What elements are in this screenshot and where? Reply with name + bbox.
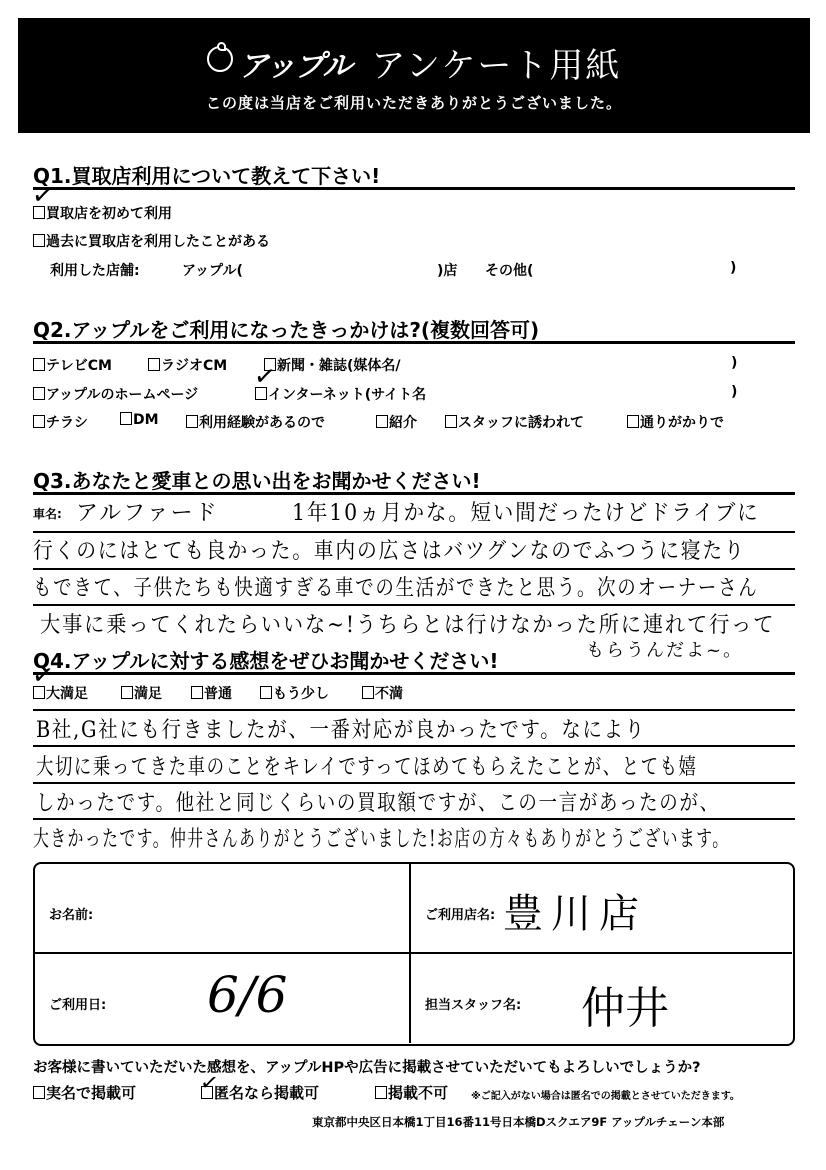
checkbox[interactable]: ✓ xyxy=(201,1086,213,1099)
q3-answer-line-5[interactable]: もらうんだよ~。 xyxy=(586,636,743,662)
header-subtitle: この度は当店をご利用いただきありがとうございました。 xyxy=(18,92,810,113)
q3-answer-line-4[interactable]: 大事に乗ってくれたらいいな~!うちらとは行けなかった所に連れて行って xyxy=(40,608,775,639)
checkbox[interactable] xyxy=(627,415,639,428)
q3-answer-line-1[interactable]: 1年10ヵ月かな。短い間だったけどドライブに xyxy=(292,496,759,527)
q2-option-newspaper[interactable]: 新聞・雑誌(媒体名/ xyxy=(264,355,401,375)
checkbox[interactable] xyxy=(260,686,272,699)
q2-option-staff-invited[interactable]: スタッフに誘われて xyxy=(445,412,584,432)
q4-option-satisfied[interactable]: 満足 xyxy=(121,683,162,703)
q1-rule xyxy=(33,187,795,190)
checkbox[interactable] xyxy=(148,358,160,371)
publish-option-real-name[interactable]: 実名で掲載可 xyxy=(33,1082,136,1103)
q1-option-first-time[interactable]: ✓買取店を初めて利用 xyxy=(33,203,172,223)
checkmark-icon: ✓ xyxy=(252,363,277,392)
q2-option-tv-cm[interactable]: テレビCM xyxy=(33,355,112,375)
footer-address: 東京都中央区日本橋1丁目16番11号日本橋Dスクエア9F アップルチェーン本部 xyxy=(312,1114,724,1130)
name-cell[interactable]: お名前: xyxy=(35,864,411,954)
checkbox[interactable] xyxy=(120,412,132,425)
q2-option-passing-by[interactable]: 通りがかりで xyxy=(627,412,724,432)
q2-option-internet[interactable]: ✓インターネット(サイト名 xyxy=(255,384,426,404)
checkmark-icon: ✓ xyxy=(30,662,55,691)
staff-cell[interactable]: 担当スタッフ名: 仲井 xyxy=(411,954,792,1043)
q2-option-flyer[interactable]: チラシ xyxy=(33,412,88,432)
checkbox[interactable] xyxy=(445,415,457,428)
checkbox[interactable] xyxy=(186,415,198,428)
q2-newspaper-suffix: ) xyxy=(731,355,737,371)
q3-line-rule xyxy=(33,531,795,533)
brand-logo: アップル xyxy=(239,49,352,84)
checkbox[interactable] xyxy=(121,686,133,699)
q1-option-used-before[interactable]: 過去に買取店を利用したことがある xyxy=(33,231,270,251)
car-name-value[interactable]: アルファード xyxy=(76,496,219,527)
store-label: ご利用店名: xyxy=(425,904,495,923)
q4-option-dissatisfied[interactable]: 不満 xyxy=(362,683,403,703)
q4-option-neutral[interactable]: 普通 xyxy=(191,683,232,703)
date-label: ご利用日: xyxy=(49,994,106,1013)
publish-option-anonymous[interactable]: ✓匿名なら掲載可 xyxy=(201,1082,319,1103)
q2-option-homepage[interactable]: アップルのホームページ xyxy=(33,384,198,404)
q1-apple-prefix: アップル( xyxy=(182,260,243,280)
q3-line-rule xyxy=(33,568,795,570)
checkbox[interactable] xyxy=(362,686,374,699)
q2-internet-suffix: ) xyxy=(731,384,737,400)
q4-line-rule xyxy=(33,709,795,711)
checkbox[interactable] xyxy=(375,1086,387,1099)
car-name-label: 車名: xyxy=(33,505,62,522)
q4-answer-line-4[interactable]: 大きかったです。仲井さんありがとうございました!お店の方々もありがとうございます… xyxy=(33,822,729,853)
q3-title: Q3.あなたと愛車との思い出をお聞かせください! xyxy=(33,465,481,494)
checkbox[interactable] xyxy=(33,415,45,428)
checkbox[interactable] xyxy=(33,1086,45,1099)
staff-value[interactable]: 仲井 xyxy=(581,972,669,1036)
checkbox[interactable] xyxy=(33,358,45,371)
checkbox[interactable]: ✓ xyxy=(33,206,45,219)
customer-info-box: お名前: ご利用店名: 豊川店 ご利用日: 6/6 担当スタッフ名: 仲井 xyxy=(33,862,795,1046)
q4-rule xyxy=(33,672,795,675)
q3-answer-line-3[interactable]: もできて、子供たちも快適すぎる車での生活ができたと思う。次のオーナーさん xyxy=(33,571,758,602)
q1-other-suffix: ) xyxy=(730,260,736,276)
checkbox[interactable] xyxy=(33,387,45,400)
q4-answer-line-3[interactable]: しかったです。他社と同じくらいの買取額ですが、この一言があったのが、 xyxy=(36,786,720,817)
page-title: アンケート用紙 xyxy=(371,46,621,86)
q4-title: Q4.アップルに対する感想をぜひお聞かせください! xyxy=(33,645,498,674)
q3-rule xyxy=(33,492,795,495)
q2-option-experience[interactable]: 利用経験があるので xyxy=(186,412,325,432)
q4-line-rule xyxy=(33,745,795,747)
apple-logo-icon xyxy=(207,46,233,72)
q4-option-very-satisfied[interactable]: ✓大満足 xyxy=(33,683,88,703)
q1-other-prefix: その他( xyxy=(485,260,533,280)
q4-line-rule xyxy=(33,818,795,820)
date-cell[interactable]: ご利用日: 6/6 xyxy=(35,954,411,1043)
checkbox[interactable] xyxy=(33,234,45,247)
q2-rule xyxy=(33,341,795,344)
publish-option-not-allowed[interactable]: 掲載不可 xyxy=(375,1082,448,1103)
checkbox[interactable] xyxy=(191,686,203,699)
q3-answer-line-2[interactable]: 行くのにはとても良かった。車内の広さはバツグンなのでふつうに寝たり xyxy=(33,534,746,565)
q1-title: Q1.買取店利用について教えて下さい! xyxy=(33,160,380,189)
store-value[interactable]: 豊川店 xyxy=(503,882,647,939)
q2-title: Q2.アップルをご利用になったきっかけは?(複数回答可) xyxy=(33,314,539,343)
publish-question: お客様に書いていただいた感想を、アップルHPや広告に掲載させていただいてもよろし… xyxy=(33,1056,701,1077)
q2-option-radio-cm[interactable]: ラジオCM xyxy=(148,355,227,375)
checkmark-icon: ✓ xyxy=(30,182,55,211)
staff-label: 担当スタッフ名: xyxy=(425,994,521,1013)
publish-note: ※ご記入がない場合は匿名での掲載とさせていただきます。 xyxy=(471,1087,740,1102)
checkmark-icon: ✓ xyxy=(199,1072,220,1096)
name-label: お名前: xyxy=(49,904,93,923)
q2-option-referral[interactable]: 紹介 xyxy=(376,412,417,432)
q1-store-label: 利用した店舗: xyxy=(50,260,140,280)
checkbox[interactable]: ✓ xyxy=(255,387,267,400)
q1-apple-suffix: )店 xyxy=(437,260,457,280)
date-value[interactable]: 6/6 xyxy=(207,966,287,1024)
checkbox[interactable]: ✓ xyxy=(33,686,45,699)
q4-line-rule xyxy=(33,782,795,784)
q2-option-dm[interactable]: DM xyxy=(120,412,159,428)
store-cell[interactable]: ご利用店名: 豊川店 xyxy=(411,864,792,954)
q3-line-rule xyxy=(33,604,795,606)
q4-option-could-improve[interactable]: もう少し xyxy=(260,683,329,703)
survey-header: アップルアンケート用紙 この度は当店をご利用いただきありがとうございました。 xyxy=(18,18,810,133)
q4-answer-line-2[interactable]: 大切に乗ってきた車のことをキレイですってほめてもらえたことが、とても嬉 xyxy=(36,750,698,781)
q4-answer-line-1[interactable]: B社,G社にも行きましたが、一番対応が良かったです。なにより xyxy=(36,713,646,744)
checkbox[interactable] xyxy=(376,415,388,428)
